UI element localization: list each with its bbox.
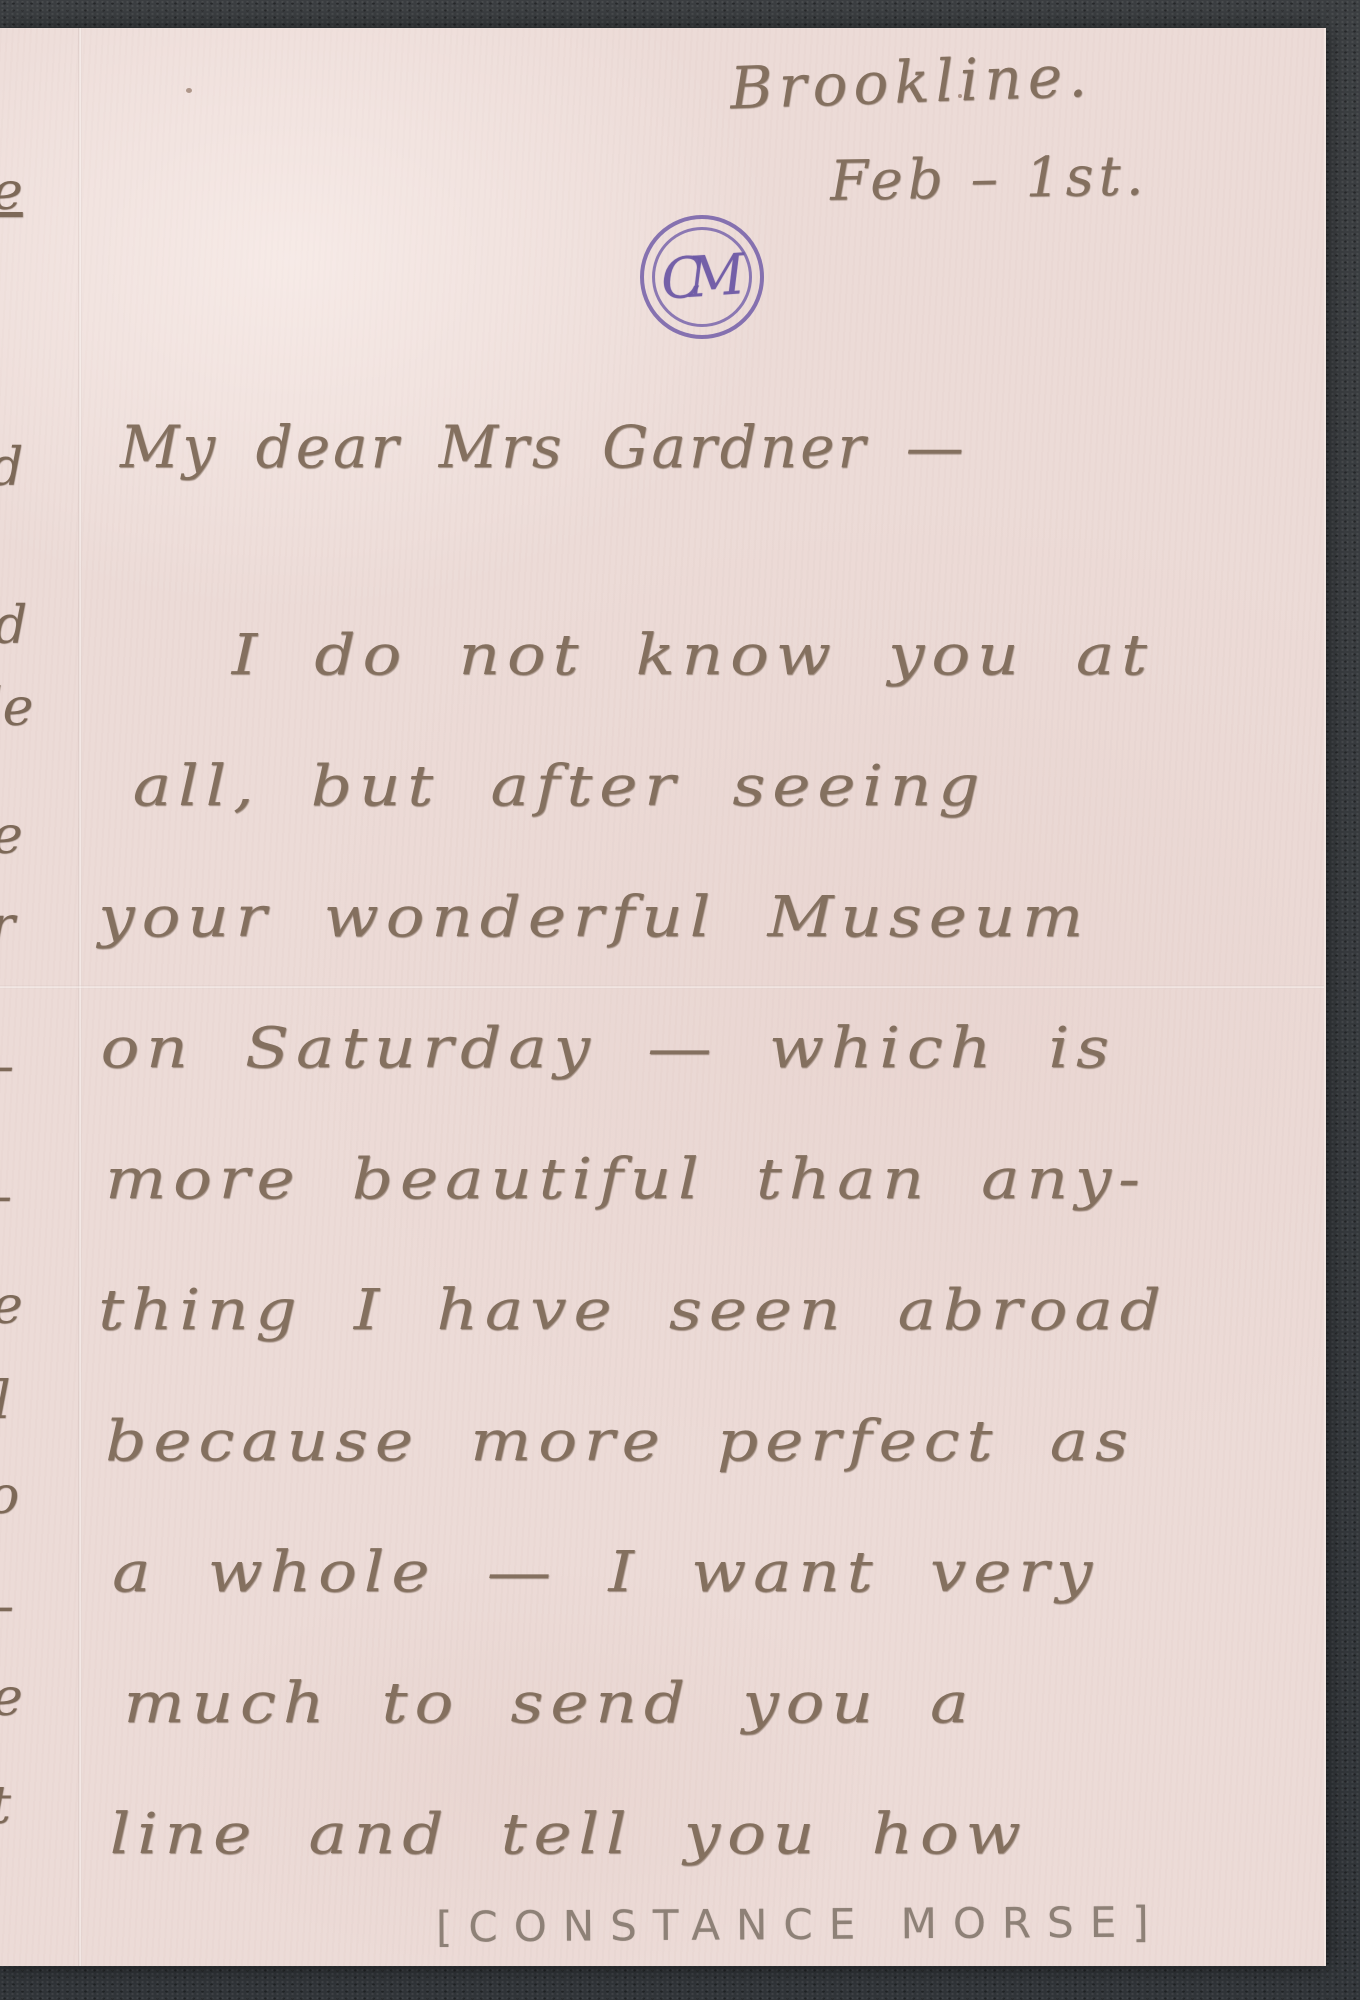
letter-line: line and tell you how	[110, 1769, 1168, 1900]
margin-fragment: e	[0, 806, 23, 866]
margin-fragment: d	[0, 438, 23, 498]
monogram-letters: CM	[659, 242, 746, 313]
letter-paper: e d d le e r – – e l o – e t Brookline. …	[0, 28, 1326, 1966]
monogram-stamp: CM	[640, 215, 764, 339]
salutation: My dear Mrs Gardner —	[120, 413, 967, 481]
margin-fragment: o	[0, 1466, 19, 1526]
letter-line: because more perfect as	[105, 1376, 1168, 1507]
margin-fragment: d	[0, 596, 27, 656]
margin-fragment: r	[0, 896, 15, 956]
margin-fragment: le	[0, 678, 33, 738]
archivist-annotation: [CONSTANCE MORSE]	[436, 1897, 1165, 1951]
margin-fragment: –	[0, 1576, 14, 1636]
paper-speck	[186, 88, 192, 93]
letter-body: I do not know you at all, but after seei…	[96, 590, 1168, 1900]
letter-line: thing I have seen abroad	[98, 1245, 1167, 1376]
letter-line: more beautiful than any-	[105, 1114, 1168, 1245]
monogram-inner-ring: CM	[652, 227, 752, 327]
page-fold-edge	[78, 28, 82, 1966]
margin-fragment: e	[0, 162, 23, 222]
scan-background: { "letter": { "place": "Brookline.", "da…	[0, 0, 1360, 2000]
margin-fragment: t	[0, 1776, 11, 1836]
margin-fragment: –	[0, 1166, 12, 1226]
letter-line: I do not know you at	[232, 590, 1168, 721]
letter-line: much to send you a	[124, 1638, 1168, 1769]
margin-fragment: l	[0, 1371, 11, 1431]
place-line: Brookline.	[729, 42, 1094, 123]
date-line: Feb – 1st.	[829, 143, 1148, 213]
margin-fragment: e	[0, 1668, 23, 1728]
margin-fragment: –	[0, 1036, 14, 1096]
letter-line: a whole — I want very	[112, 1507, 1168, 1638]
letter-line: on Saturday — which is	[101, 983, 1168, 1114]
letter-line: all, but after seeing	[133, 721, 1168, 852]
letter-line: your wonderful Museum	[98, 852, 1167, 983]
margin-fragment: e	[0, 1276, 23, 1336]
